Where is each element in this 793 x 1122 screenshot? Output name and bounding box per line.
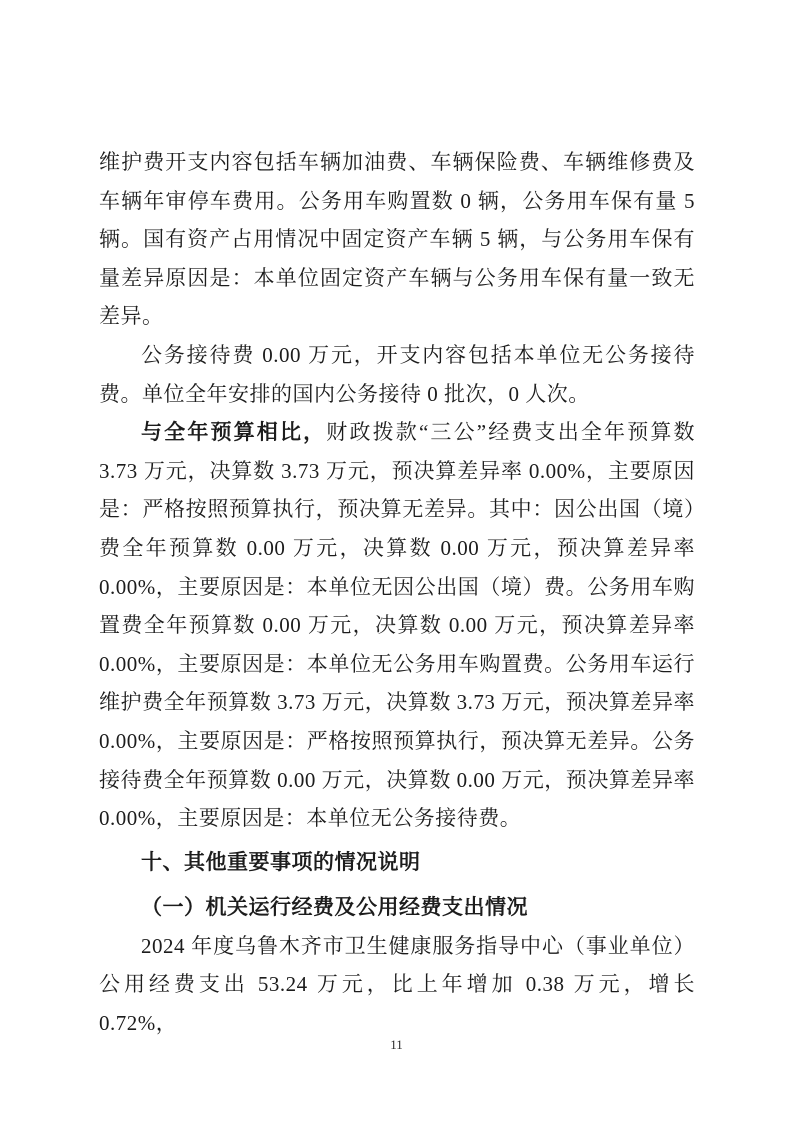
budget-comparison-detail: 财政拨款“三公”经费支出全年预算数 3.73 万元，决算数 3.73 万元，预决… [99, 420, 695, 830]
heading-section-ten: 十、其他重要事项的情况说明 [99, 844, 695, 883]
document-page: 维护费开支内容包括车辆加油费、车辆保险费、车辆维修费及车辆年审停车费用。公务用车… [0, 0, 793, 1122]
page-number: 11 [0, 1037, 793, 1053]
heading-subsection-one: （一）机关运行经费及公用经费支出情况 [99, 888, 695, 927]
paragraph-operating-expense: 2024 年度乌鲁木齐市卫生健康服务指导中心（事业单位）公用经费支出 53.24… [99, 927, 695, 1043]
paragraph-official-reception: 公务接待费 0.00 万元，开支内容包括本单位无公务接待费。单位全年安排的国内公… [99, 336, 695, 413]
document-body: 维护费开支内容包括车辆加油费、车辆保险费、车辆维修费及车辆年审停车费用。公务用车… [99, 143, 695, 1043]
paragraph-budget-comparison: 与全年预算相比，财政拨款“三公”经费支出全年预算数 3.73 万元，决算数 3.… [99, 413, 695, 838]
budget-comparison-lead: 与全年预算相比， [141, 420, 326, 444]
paragraph-vehicle-maintenance: 维护费开支内容包括车辆加油费、车辆保险费、车辆维修费及车辆年审停车费用。公务用车… [99, 143, 695, 336]
